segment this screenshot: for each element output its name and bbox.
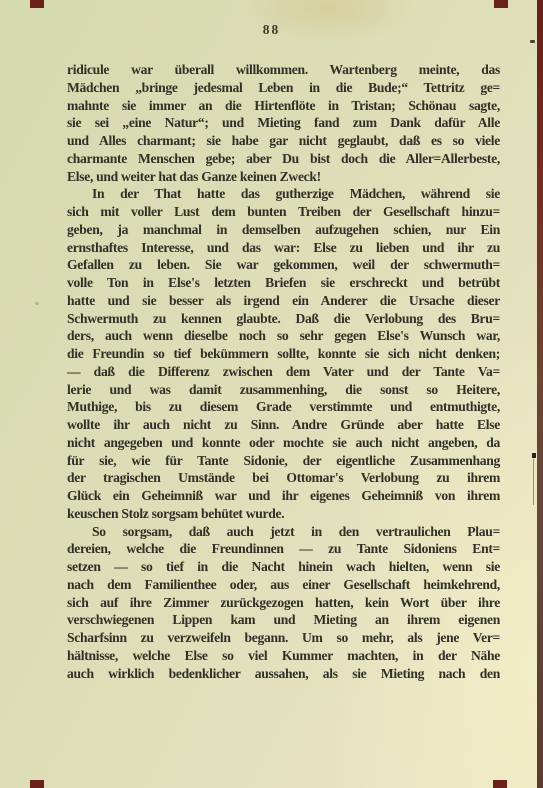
text-line: dereien, welche die Freundinnen — zu Tan… xyxy=(67,540,500,558)
text-line: Schwermuth zu kennen glaubte. Daß die Ve… xyxy=(67,310,500,328)
binding-corner-mark xyxy=(30,780,44,788)
text-line: sie sei „eine Natur“; und Mieting fand z… xyxy=(67,114,500,132)
text-line: keuschen Stolz sorgsam behütet wurde. xyxy=(67,505,500,523)
text-line: lerie und was damit zusammenhing, die so… xyxy=(67,381,500,399)
text-line: Glück ein Geheimniß war und ihr eigenes … xyxy=(67,487,500,505)
text-line: hältnisse, welche Else so viel Kummer ma… xyxy=(67,647,500,665)
text-line: auch wirklich bedenklicher aussahen, als… xyxy=(67,665,500,683)
text-line: der tragischen Umstände bei Ottomar's Ve… xyxy=(67,469,500,487)
page-number: 88 xyxy=(0,22,543,38)
text-line: Else, und weiter hat das Ganze keinen Zw… xyxy=(67,168,500,186)
text-line: und Alles charmant; sie habe gar nicht g… xyxy=(67,132,500,150)
ink-speck xyxy=(530,40,535,43)
text-line: mahnte sie immer an die Hirtenflöte in T… xyxy=(67,97,500,115)
text-line: setzen — so tief in die Nacht hinein wac… xyxy=(67,558,500,576)
text-line: wollte ihr auch nicht zu Sinn. Andre Grü… xyxy=(67,416,500,434)
scanned-book-page: 88 ridicule war überall willkommen. Wart… xyxy=(0,0,543,788)
text-line: nach dem Familienthee oder, aus einer Ge… xyxy=(67,576,500,594)
text-line: verschwiegenen Lippen kam und Mieting an… xyxy=(67,611,500,629)
text-line: sich mit voller Lust dem bunten Treiben … xyxy=(67,203,500,221)
body-text: ridicule war überall willkommen. Wartenb… xyxy=(67,61,500,682)
text-line: sich auf ihre Zimmer zurückgezogen hatte… xyxy=(67,594,500,612)
scratch-mark xyxy=(533,459,534,505)
text-line: Gefallen zu leben. Sie war gekommen, wei… xyxy=(67,256,500,274)
binding-corner-mark xyxy=(494,0,508,8)
text-line: hatte und sie besser als irgend ein Ande… xyxy=(67,292,500,310)
binding-corner-mark xyxy=(493,780,507,788)
ink-speck xyxy=(35,302,39,305)
text-line: nicht angegeben und konnte oder mochte s… xyxy=(67,434,500,452)
text-line: die Freundin so tief bekümmern sollte, k… xyxy=(67,345,500,363)
text-line: — daß die Differenz zwischen dem Vater u… xyxy=(67,363,500,381)
text-line: ders, auch wenn dieselbe noch so sehr ge… xyxy=(67,327,500,345)
text-line: ernsthaftes Interesse, und das war: Else… xyxy=(67,239,500,257)
text-line: So sorgsam, daß auch jetzt in den vertra… xyxy=(67,523,500,541)
text-line: volle Ton in Else's letzten Briefen sie … xyxy=(67,274,500,292)
text-line: Scharfsinn zu verzweifeln begann. Um so … xyxy=(67,629,500,647)
ink-speck xyxy=(532,453,536,458)
text-line: Mädchen „bringe jedesmal Leben in die Bu… xyxy=(67,79,500,97)
book-binding-edge xyxy=(537,0,543,788)
text-line: für sie, wie für Tante Sidonie, der eige… xyxy=(67,452,500,470)
text-line: ridicule war überall willkommen. Wartenb… xyxy=(67,61,500,79)
text-line: geben, ja manchmal in demselben aufzugeh… xyxy=(67,221,500,239)
binding-corner-mark xyxy=(30,0,44,8)
text-line: charmante Menschen gebe; aber Du bist do… xyxy=(67,150,500,168)
text-line: In der That hatte das gutherzige Mädchen… xyxy=(67,185,500,203)
text-line: Muthige, bis zu diesem Grade verstimmte … xyxy=(67,398,500,416)
